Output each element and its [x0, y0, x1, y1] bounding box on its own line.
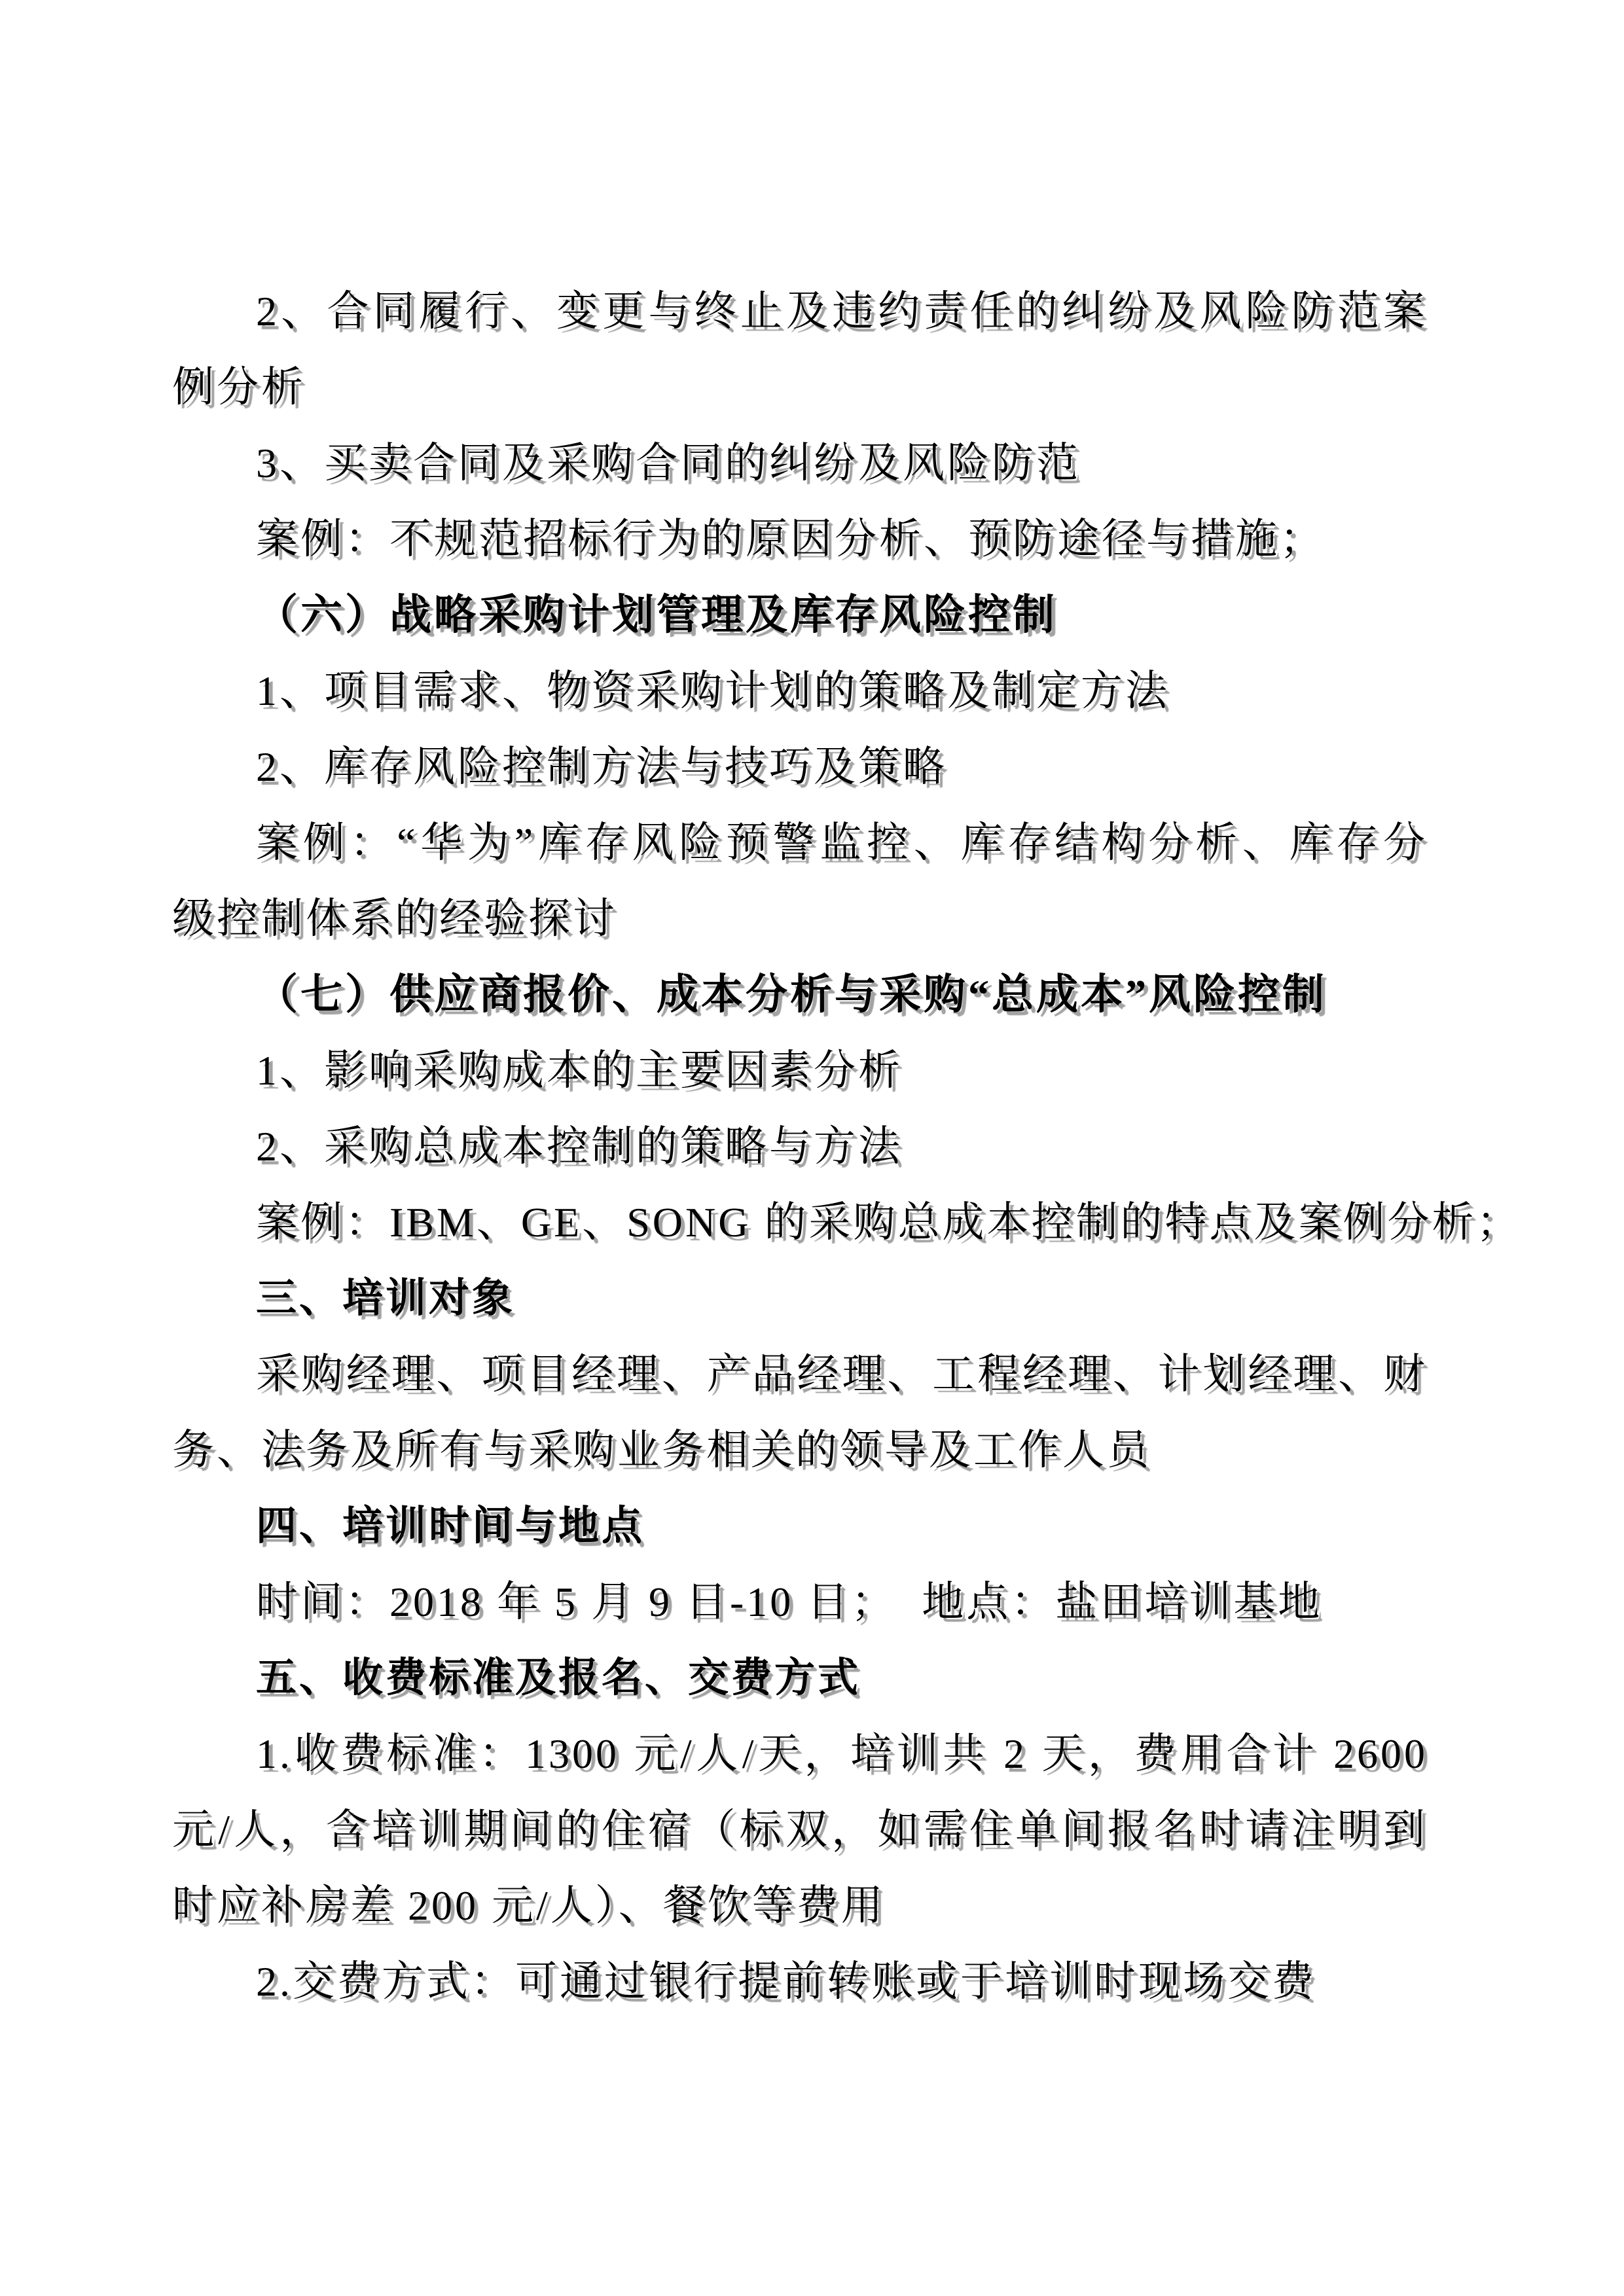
heading-fees: 五、收费标准及报名、交费方式: [172, 1640, 1428, 1716]
text-line-contract-performance: 2、合同履行、变更与终止及违约责任的纠纷及风险防范案: [172, 274, 1428, 350]
text-line-case-bidding: 案例：不规范招标行为的原因分析、预防途径与措施；: [172, 501, 1428, 577]
text-line-fee-standard: 1.收费标准：1300 元/人/天，培训共 2 天，费用合计 2600: [172, 1716, 1428, 1792]
text-line-case-huawei: 案例：“华为”库存风险预警监控、库存结构分析、库存分: [172, 805, 1428, 881]
text-line-cost-factors: 1、影响采购成本的主要因素分析: [172, 1033, 1428, 1109]
text-line-fee-cont-1: 元/人，含培训期间的住宿（标双，如需住单间报名时请注明到: [172, 1792, 1428, 1868]
text-line-huawei-cont: 级控制体系的经验探讨: [172, 881, 1428, 957]
text-line-case-ibm-ge-song: 案例：IBM、GE、SONG 的采购总成本控制的特点及案例分析；: [172, 1185, 1428, 1261]
text-line-total-cost-control: 2、采购总成本控制的策略与方法: [172, 1109, 1428, 1185]
text-line-audience-cont: 务、法务及所有与采购业务相关的领导及工作人员: [172, 1412, 1428, 1488]
text-line-fee-cont-2: 时应补房差 200 元/人）、餐饮等费用: [172, 1868, 1428, 1944]
document-page: 2、合同履行、变更与终止及违约责任的纠纷及风险防范案 例分析 3、买卖合同及采购…: [0, 0, 1624, 2296]
heading-time-place: 四、培训时间与地点: [172, 1488, 1428, 1564]
text-line-sales-contract: 3、买卖合同及采购合同的纠纷及风险防范: [172, 425, 1428, 501]
text-line-inventory-risk: 2、库存风险控制方法与技巧及策略: [172, 729, 1428, 805]
text-line-case-analysis-cont: 例分析: [172, 350, 1428, 425]
heading-section-7: （七）供应商报价、成本分析与采购“总成本”风险控制: [172, 957, 1428, 1033]
text-line-payment-method: 2.交费方式：可通过银行提前转账或于培训时现场交费: [172, 1944, 1428, 2020]
heading-section-6: （六）战略采购计划管理及库存风险控制: [172, 577, 1428, 653]
document-content: 2、合同履行、变更与终止及违约责任的纠纷及风险防范案 例分析 3、买卖合同及采购…: [172, 274, 1428, 2020]
heading-training-audience: 三、培训对象: [172, 1261, 1428, 1336]
text-line-time-place-value: 时间：2018 年 5 月 9 日-10 日； 地点：盐田培训基地: [172, 1564, 1428, 1640]
text-line-project-demand: 1、项目需求、物资采购计划的策略及制定方法: [172, 653, 1428, 729]
text-line-audience-managers: 采购经理、项目经理、产品经理、工程经理、计划经理、财: [172, 1336, 1428, 1412]
